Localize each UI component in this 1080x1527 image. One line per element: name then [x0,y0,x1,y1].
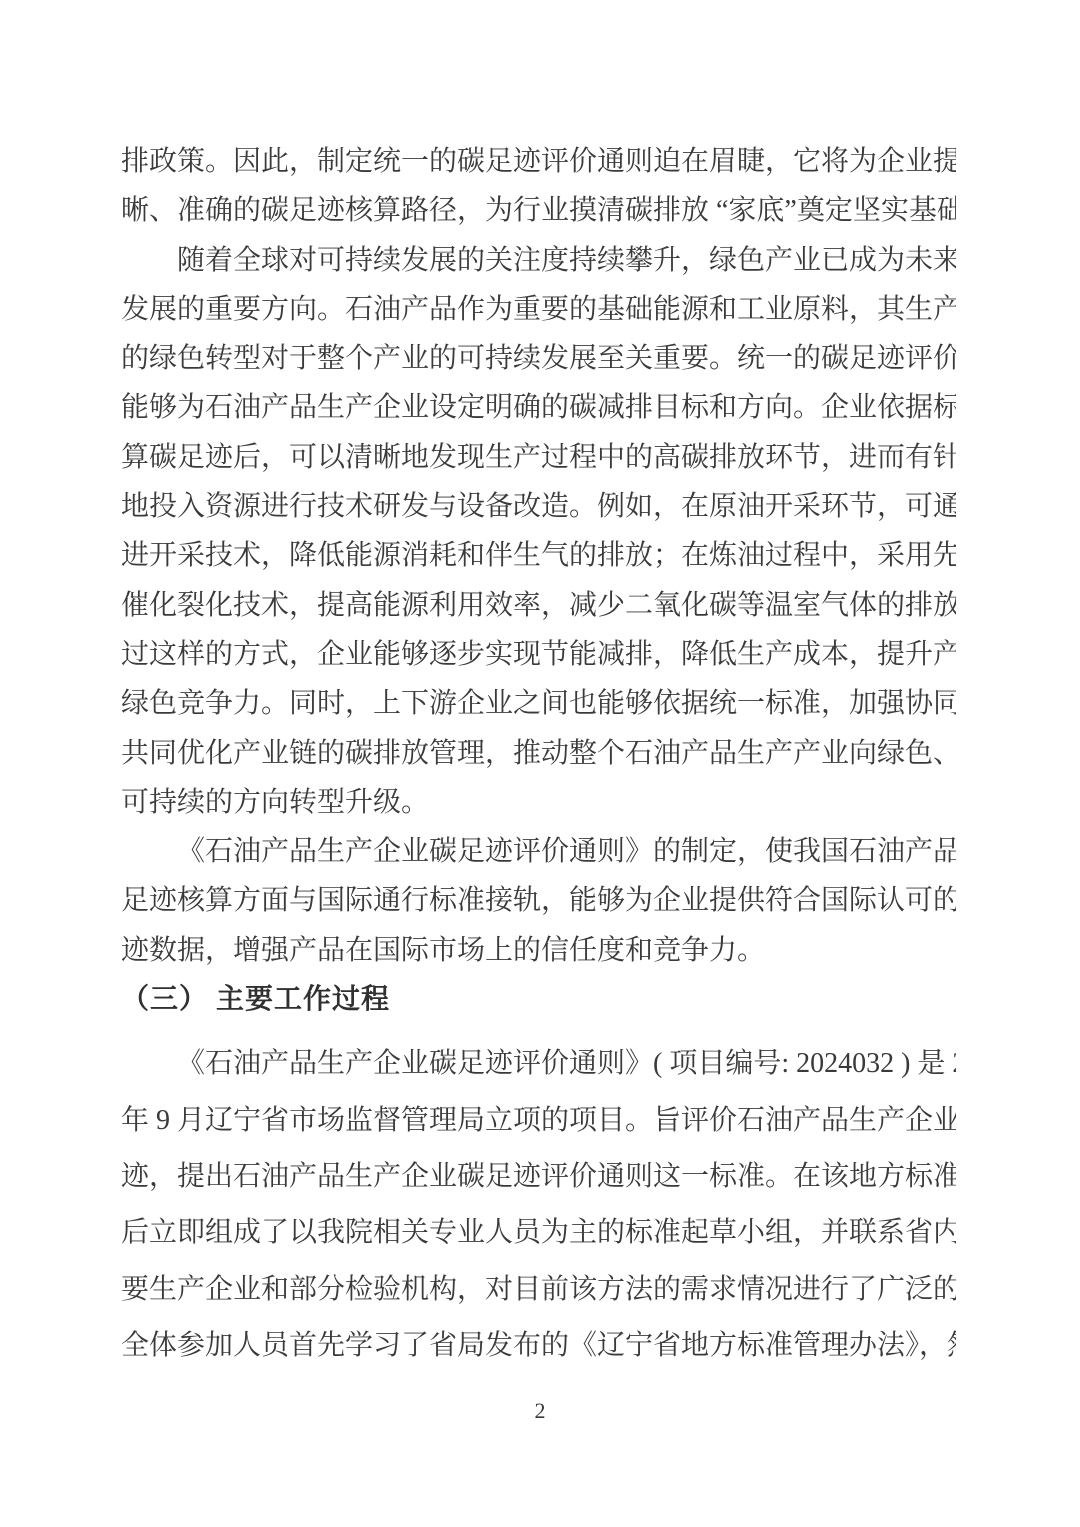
text-line: 发展的重要方向。石油产品作为重要的基础能源和工业原料，其生产企业 [121,285,956,334]
text-line: 排政策。因此，制定统一的碳足迹评价通则迫在眉睫，它将为企业提供清 [121,137,956,186]
text-line: 绿色竞争力。同时，上下游企业之间也能够依据统一标准，加强协同合作， [121,679,956,728]
heading-line: （三） 主要工作过程 [121,975,956,1024]
text-line: 足迹核算方面与国际通行标准接轨，能够为企业提供符合国际认可的碳足 [121,876,956,925]
paragraph: 随着全球对可持续发展的关注度持续攀升，绿色产业已成为未来经济发展的重要方向。石油… [121,236,956,828]
text-line: 全体参加人员首先学习了省局发布的《辽宁省地方标准管理办法》，然后 [121,1318,956,1374]
document-text-block: 排政策。因此，制定统一的碳足迹评价通则迫在眉睫，它将为企业提供清晰、准确的碳足迹… [121,137,956,1374]
text-line: 地投入资源进行技术研发与设备改造。例如，在原油开采环节，可通过改 [121,482,956,531]
text-line: 《石油产品生产企业碳足迹评价通则》( 项目编号: 2024032 ) 是 202… [121,1036,956,1092]
text-line: 共同优化产业链的碳排放管理，推动整个石油产品生产产业向绿色、低碳、 [121,729,956,778]
text-line: 《石油产品生产企业碳足迹评价通则》的制定，使我国石油产品在碳 [121,827,956,876]
page-footer: 2 [0,1396,1080,1426]
text-line: 的绿色转型对于整个产业的可持续发展至关重要。统一的碳足迹评价标准， [121,334,956,383]
text-line: 可持续的方向转型升级。 [121,778,956,827]
text-line: 过这样的方式，企业能够逐步实现节能减排，降低生产成本，提升产品的 [121,630,956,679]
text-line: 后立即组成了以我院相关专业人员为主的标准起草小组，并联系省内的主 [121,1205,956,1261]
paragraph: 《石油产品生产企业碳足迹评价通则》( 项目编号: 2024032 ) 是 202… [121,1036,956,1374]
page-number: 2 [535,1398,546,1423]
paragraph: 《石油产品生产企业碳足迹评价通则》的制定，使我国石油产品在碳足迹核算方面与国际通… [121,827,956,975]
section-heading: （三） 主要工作过程 [121,975,956,1024]
text-line: 能够为石油产品生产企业设定明确的碳减排目标和方向。企业依据标准核 [121,383,956,432]
text-line: 随着全球对可持续发展的关注度持续攀升，绿色产业已成为未来经济 [121,236,956,285]
text-line: 催化裂化技术，提高能源利用效率，减少二氧化碳等温室气体的排放。通 [121,581,956,630]
text-line: 迹数据，增强产品在国际市场上的信任度和竞争力。 [121,926,956,975]
text-line: 算碳足迹后，可以清晰地发现生产过程中的高碳排放环节，进而有针对性 [121,433,956,482]
text-line: 晰、准确的碳足迹核算路径，为行业摸清碳排放 “家底”奠定坚实基础。 [121,186,956,235]
text-line: 进开采技术，降低能源消耗和伴生气的排放；在炼油过程中，采用先进的 [121,531,956,580]
text-line: 要生产企业和部分检验机构，对目前该方法的需求情况进行了广泛的调研。 [121,1262,956,1318]
paragraph: 排政策。因此，制定统一的碳足迹评价通则迫在眉睫，它将为企业提供清晰、准确的碳足迹… [121,137,956,236]
document-page: 排政策。因此，制定统一的碳足迹评价通则迫在眉睫，它将为企业提供清晰、准确的碳足迹… [0,0,1080,1527]
text-line: 迹，提出石油产品生产企业碳足迹评价通则这一标准。在该地方标准立项 [121,1149,956,1205]
text-line: 年 9 月辽宁省市场监督管理局立项的项目。旨评价石油产品生产企业碳足 [121,1093,956,1149]
